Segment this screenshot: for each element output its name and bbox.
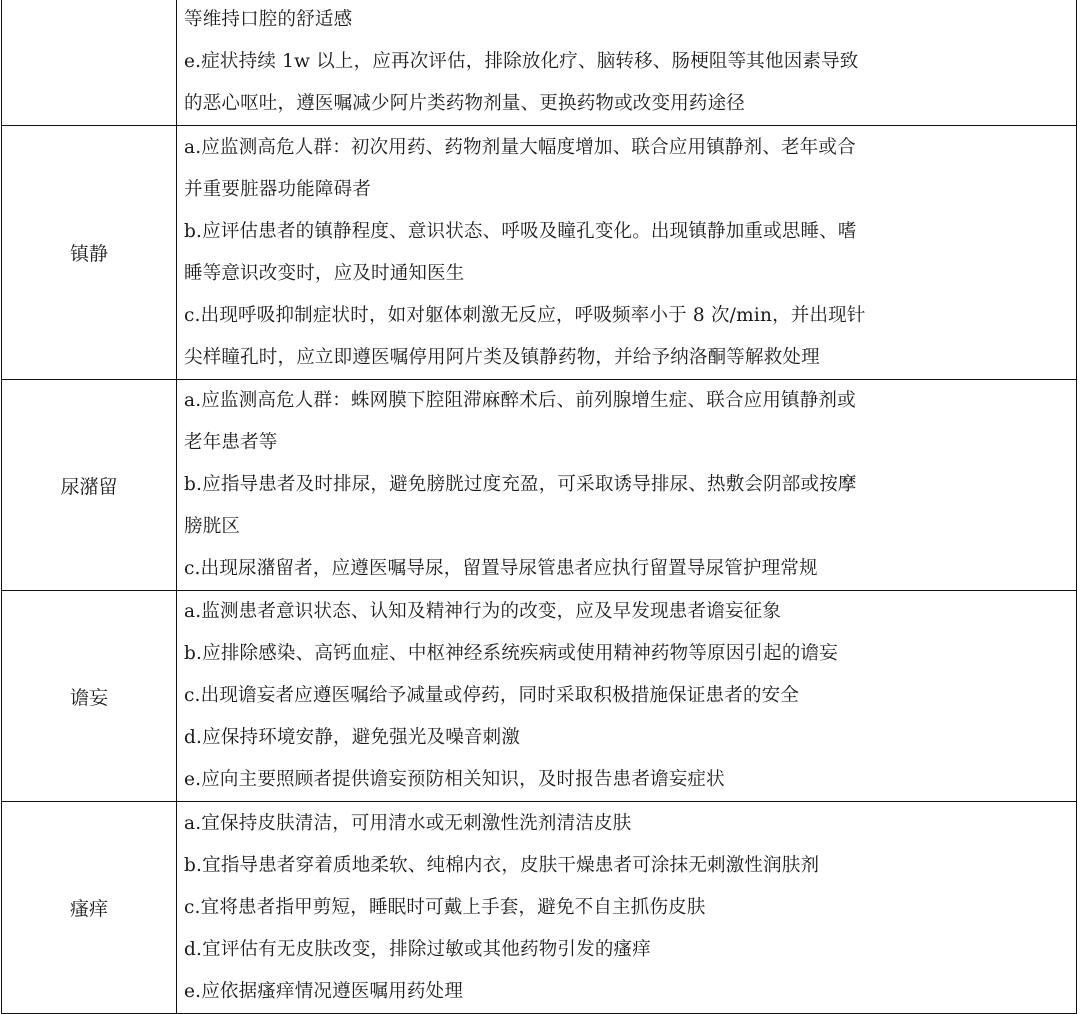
content-line: e.应向主要照顾者提供谵妄预防相关知识，及时报告患者谵妄症状 xyxy=(184,759,1076,801)
nursing-measures-table: 等维持口腔的舒适感 e.症状持续 1w 以上，应再次评估，排除放化疗、脑转移、肠… xyxy=(1,0,1077,1014)
content-line: c.出现呼吸抑制症状时，如对躯体刺激无反应，呼吸频率小于 8 次/min，并出现… xyxy=(184,295,1076,337)
row-label xyxy=(2,0,177,126)
content-line: c.宜将患者指甲剪短，睡眠时可戴上手套，避免不自主抓伤皮肤 xyxy=(184,887,1076,929)
content-line: 等维持口腔的舒适感 xyxy=(184,0,1076,41)
content-line: b.应评估患者的镇静程度、意识状态、呼吸及瞳孔变化。出现镇静加重或思睡、嗜 xyxy=(184,211,1076,253)
content-line: 并重要脏器功能障碍者 xyxy=(184,169,1076,211)
content-line: d.宜评估有无皮肤改变，排除过敏或其他药物引发的瘙痒 xyxy=(184,929,1076,971)
content-line: b.宜指导患者穿着质地柔软、纯棉内衣，皮肤干燥患者可涂抹无刺激性润肤剂 xyxy=(184,845,1076,887)
content-line: 膀胱区 xyxy=(184,506,1076,548)
content-line: a.监测患者意识状态、认知及精神行为的改变，应及早发现患者谵妄征象 xyxy=(184,591,1076,633)
content-line: a.应监测高危人群：蛛网膜下腔阻滞麻醉术后、前列腺增生症、联合应用镇静剂或 xyxy=(184,380,1076,422)
row-label: 尿潴留 xyxy=(2,380,177,591)
table-row-pruritus: 瘙痒 a.宜保持皮肤清洁，可用清水或无刺激性洗剂清洁皮肤 b.宜指导患者穿着质地… xyxy=(2,802,1077,1014)
content-line: b.应指导患者及时排尿，避免膀胱过度充盈，可采取诱导排尿、热敷会阴部或按摩 xyxy=(184,464,1076,506)
row-label: 镇静 xyxy=(2,126,177,380)
content-line: d.应保持环境安静，避免强光及噪音刺激 xyxy=(184,717,1076,759)
table-row-continuation: 等维持口腔的舒适感 e.症状持续 1w 以上，应再次评估，排除放化疗、脑转移、肠… xyxy=(2,0,1077,126)
table-row-delirium: 谵妄 a.监测患者意识状态、认知及精神行为的改变，应及早发现患者谵妄征象 b.应… xyxy=(2,591,1077,802)
row-label: 谵妄 xyxy=(2,591,177,802)
row-content: a.应监测高危人群：蛛网膜下腔阻滞麻醉术后、前列腺增生症、联合应用镇静剂或 老年… xyxy=(177,380,1077,591)
content-line: c.出现尿潴留者，应遵医嘱导尿，留置导尿管患者应执行留置导尿管护理常规 xyxy=(184,548,1076,590)
row-label: 瘙痒 xyxy=(2,802,177,1014)
content-line: 的恶心呕吐，遵医嘱减少阿片类药物剂量、更换药物或改变用药途径 xyxy=(184,83,1076,125)
table-row-sedation: 镇静 a.应监测高危人群：初次用药、药物剂量大幅度增加、联合应用镇静剂、老年或合… xyxy=(2,126,1077,380)
content-line: e.应依据瘙痒情况遵医嘱用药处理 xyxy=(184,971,1076,1013)
row-content: a.应监测高危人群：初次用药、药物剂量大幅度增加、联合应用镇静剂、老年或合 并重… xyxy=(177,126,1077,380)
content-line: 尖样瞳孔时，应立即遵医嘱停用阿片类及镇静药物，并给予纳洛酮等解救处理 xyxy=(184,337,1076,379)
content-line: 老年患者等 xyxy=(184,422,1076,464)
content-line: b.应排除感染、高钙血症、中枢神经系统疾病或使用精神药物等原因引起的谵妄 xyxy=(184,633,1076,675)
content-line: 睡等意识改变时，应及时通知医生 xyxy=(184,253,1076,295)
content-line: a.宜保持皮肤清洁，可用清水或无刺激性洗剂清洁皮肤 xyxy=(184,803,1076,845)
content-line: e.症状持续 1w 以上，应再次评估，排除放化疗、脑转移、肠梗阻等其他因素导致 xyxy=(184,41,1076,83)
content-line: a.应监测高危人群：初次用药、药物剂量大幅度增加、联合应用镇静剂、老年或合 xyxy=(184,127,1076,169)
row-content: a.宜保持皮肤清洁，可用清水或无刺激性洗剂清洁皮肤 b.宜指导患者穿着质地柔软、… xyxy=(177,802,1077,1014)
table-row-urinary-retention: 尿潴留 a.应监测高危人群：蛛网膜下腔阻滞麻醉术后、前列腺增生症、联合应用镇静剂… xyxy=(2,380,1077,591)
row-content: a.监测患者意识状态、认知及精神行为的改变，应及早发现患者谵妄征象 b.应排除感… xyxy=(177,591,1077,802)
row-content: 等维持口腔的舒适感 e.症状持续 1w 以上，应再次评估，排除放化疗、脑转移、肠… xyxy=(177,0,1077,126)
content-line: c.出现谵妄者应遵医嘱给予减量或停药，同时采取积极措施保证患者的安全 xyxy=(184,675,1076,717)
